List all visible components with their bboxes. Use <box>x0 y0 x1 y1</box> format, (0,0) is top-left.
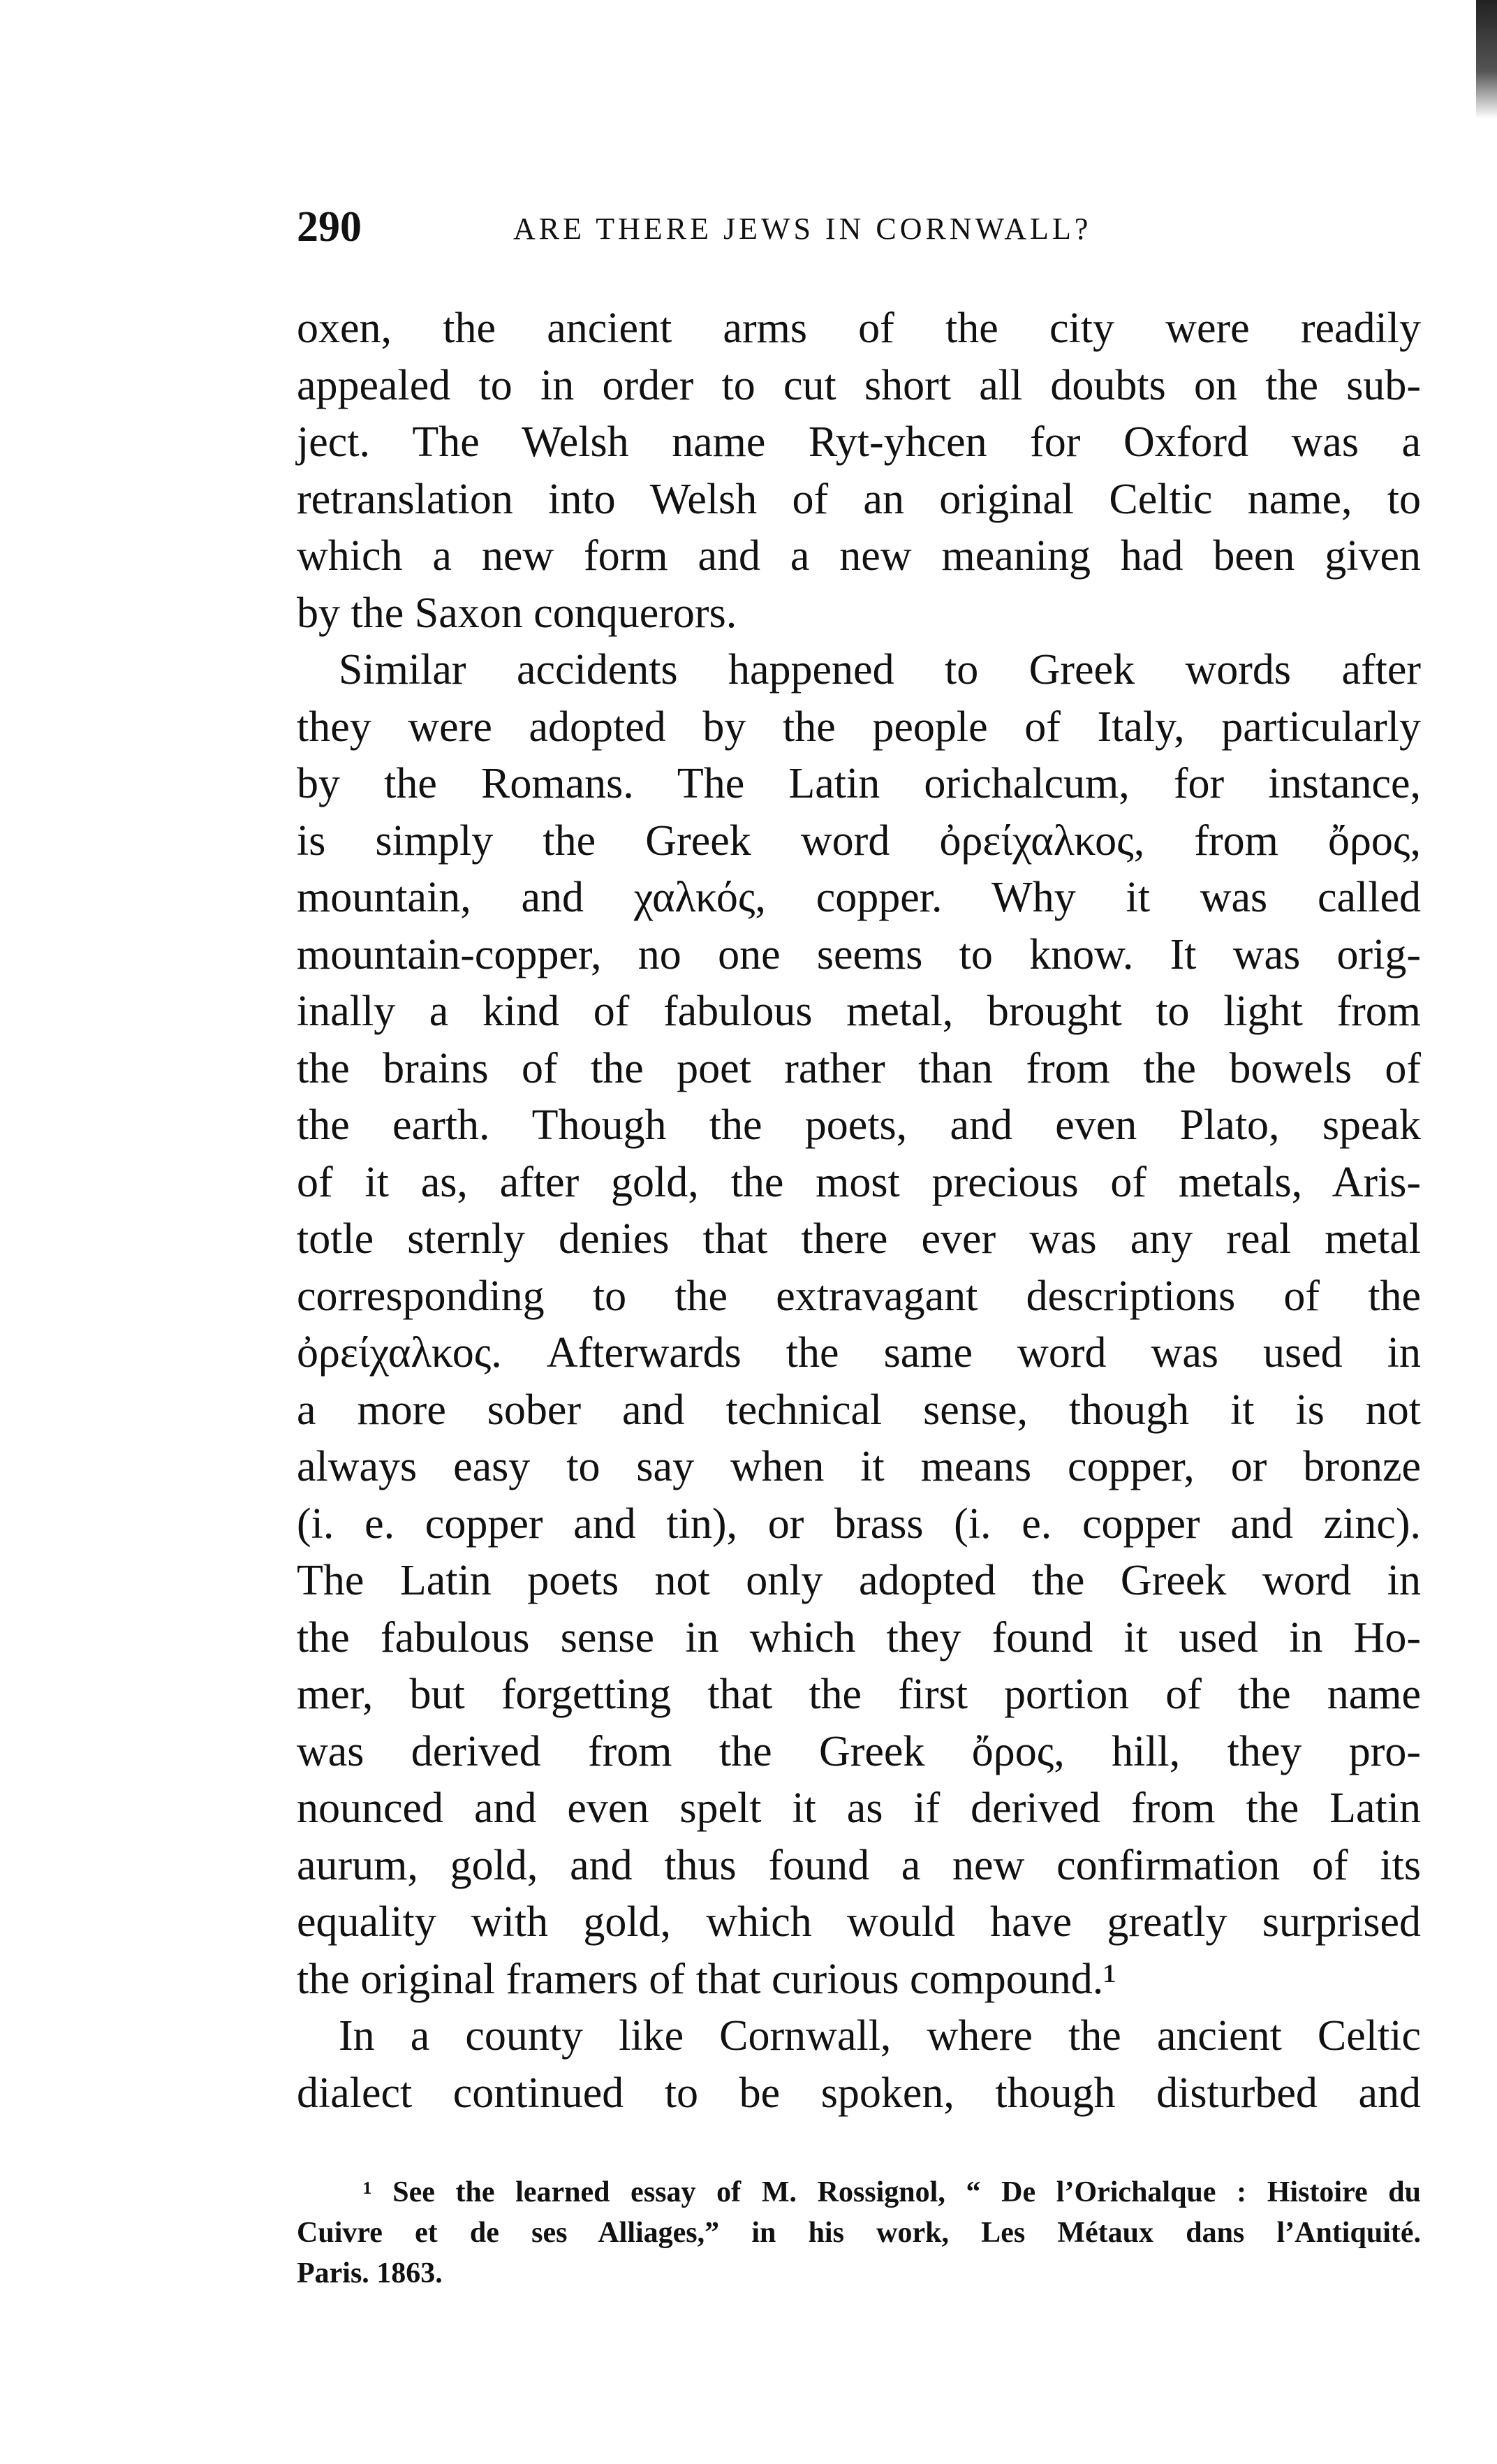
text-line: a more sober and technical sense, though… <box>297 1382 1421 1439</box>
text-line: retranslation into Welsh of an original … <box>297 471 1421 529</box>
footnote-line: Paris. 1863. <box>297 2253 1421 2294</box>
text-line: the fabulous sense in which they found i… <box>297 1610 1421 1667</box>
running-title: ARE THERE JEWS IN CORNWALL? <box>513 211 1091 247</box>
text-line: corresponding to the extravagant descrip… <box>297 1268 1421 1326</box>
text-line: Similar accidents happened to Greek word… <box>297 642 1421 699</box>
body-text: oxen, the ancient arms of the city were … <box>297 300 1421 2122</box>
text-line: always easy to say when it means copper,… <box>297 1439 1421 1496</box>
text-line: appealed to in order to cut short all do… <box>297 358 1421 415</box>
text-line: was derived from the Greek ὄρος, hill, t… <box>297 1724 1421 1781</box>
text-line: mountain-copper, no one seems to know. I… <box>297 927 1421 984</box>
text-line: The Latin poets not only adopted the Gre… <box>297 1553 1421 1610</box>
text-line: the earth. Though the poets, and even Pl… <box>297 1097 1421 1154</box>
text-line: by the Romans. The Latin orichalcum, for… <box>297 756 1421 813</box>
page-number: 290 <box>297 203 362 252</box>
text-line: aurum, gold, and thus found a new confir… <box>297 1838 1421 1895</box>
text-line: the original framers of that curious com… <box>297 1951 1421 2009</box>
text-line: nounced and even spelt it as if derived … <box>297 1780 1421 1838</box>
text-line: mer, but forgetting that the first porti… <box>297 1666 1421 1724</box>
text-line: they were adopted by the people of Italy… <box>297 699 1421 756</box>
text-line: dialect continued to be spoken, though d… <box>297 2065 1421 2122</box>
footnote-line: Cuivre et de ses Alliages,” in his work,… <box>297 2213 1421 2253</box>
text-line: by the Saxon conquerors. <box>297 585 1421 643</box>
running-header: 290 ARE THERE JEWS IN CORNWALL? <box>297 203 1421 258</box>
text-line: inally a kind of fabulous metal, brought… <box>297 983 1421 1041</box>
text-line: which a new form and a new meaning had b… <box>297 528 1421 585</box>
footnote: ¹ See the learned essay of M. Rossignol,… <box>297 2172 1421 2294</box>
text-line: equality with gold, which would have gre… <box>297 1894 1421 1951</box>
text-line: totle sternly denies that there ever was… <box>297 1211 1421 1268</box>
text-line: (i. e. copper and tin), or brass (i. e. … <box>297 1496 1421 1553</box>
text-line: of it as, after gold, the most precious … <box>297 1154 1421 1212</box>
scan-edge-mark <box>1476 0 1497 119</box>
text-line: oxen, the ancient arms of the city were … <box>297 300 1421 358</box>
text-line: is simply the Greek word ὀρείχαλκος, fro… <box>297 813 1421 870</box>
text-line: mountain, and χαλκός, copper. Why it was… <box>297 870 1421 927</box>
footnote-line: ¹ See the learned essay of M. Rossignol,… <box>297 2172 1421 2213</box>
text-line: ject. The Welsh name Ryt-yhcen for Oxfor… <box>297 414 1421 471</box>
text-line: ὀρείχαλκος. Afterwards the same word was… <box>297 1325 1421 1382</box>
text-line: In a county like Cornwall, where the anc… <box>297 2008 1421 2065</box>
text-line: the brains of the poet rather than from … <box>297 1041 1421 1098</box>
